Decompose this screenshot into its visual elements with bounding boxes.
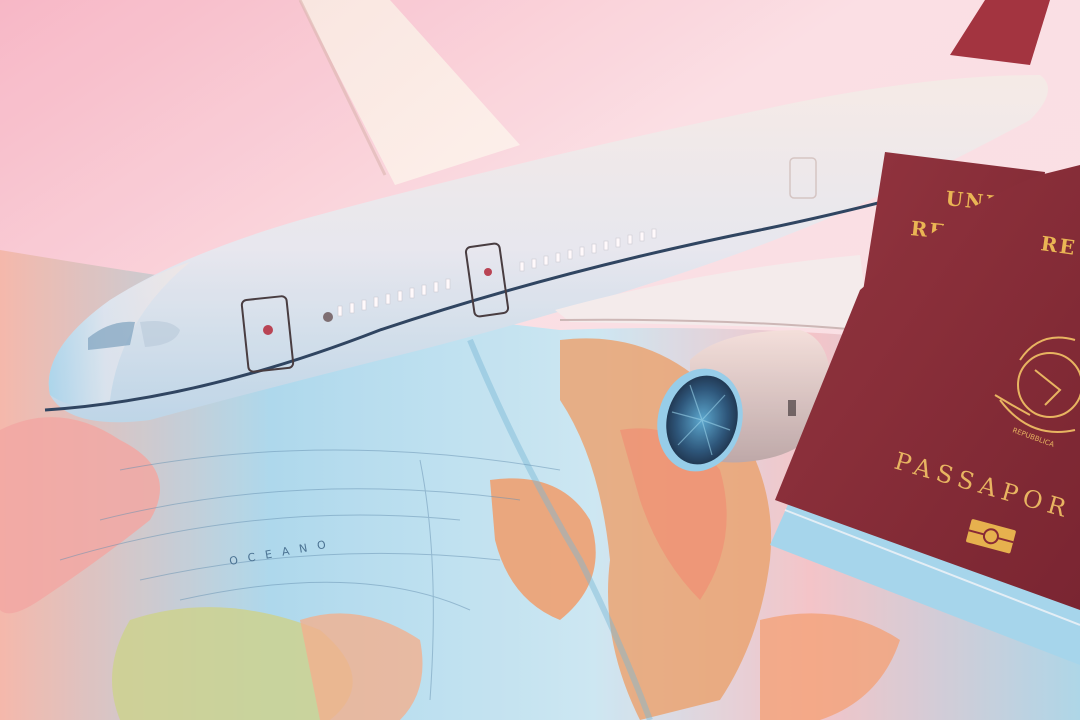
photo-scene: OCEANO	[0, 0, 1080, 720]
scene-illustration: OCEANO	[0, 0, 1080, 720]
